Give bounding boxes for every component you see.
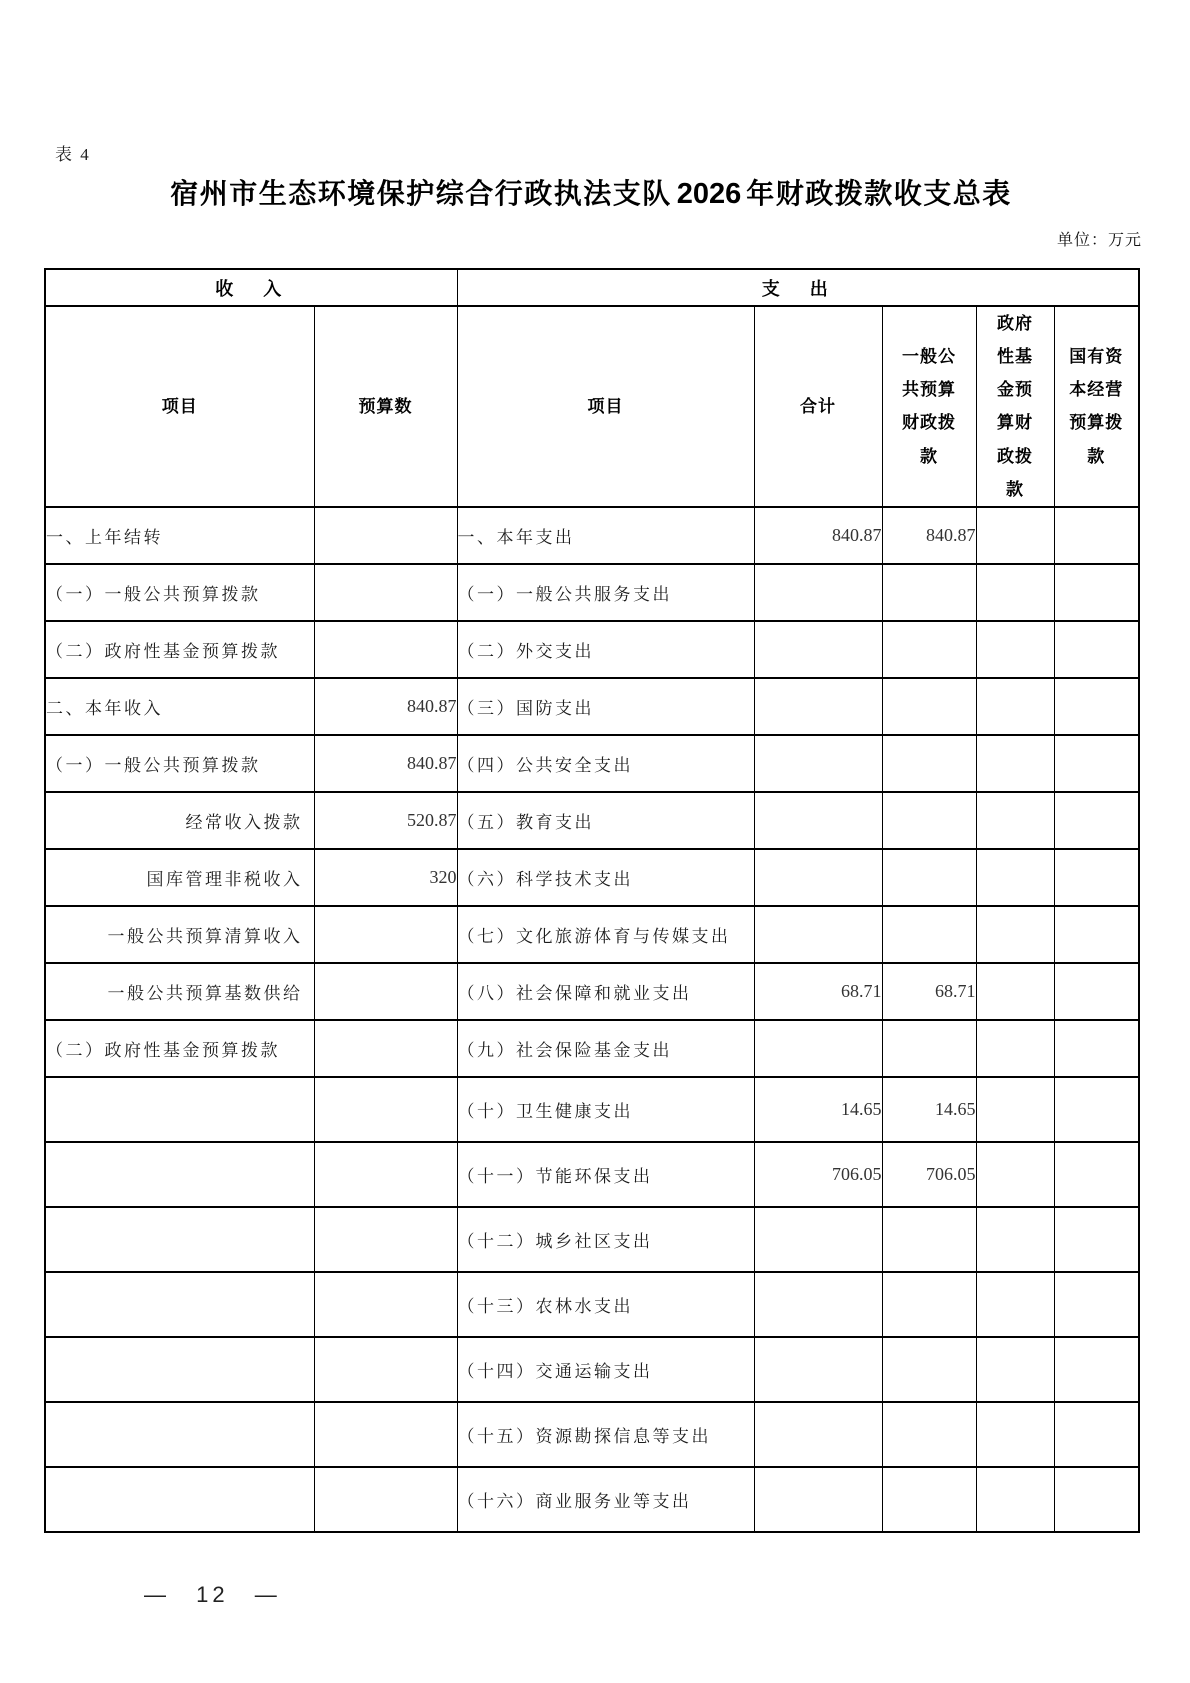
table-row: （十六）商业服务业等支出: [45, 1467, 1139, 1532]
expense-capital-cell: [1054, 1272, 1139, 1337]
expense-total-cell: 706.05: [754, 1142, 882, 1207]
expense-capital-cell: [1054, 621, 1139, 678]
income-item-cell: [45, 1077, 314, 1142]
expense-item-header: 项目: [457, 306, 754, 507]
expense-fund-cell: [976, 849, 1054, 906]
expense-item-cell: （十三）农林水支出: [457, 1272, 754, 1337]
expense-total-cell: [754, 621, 882, 678]
income-budget-cell: 320: [314, 849, 457, 906]
expense-fund-cell: [976, 621, 1054, 678]
expense-capital-cell: [1054, 678, 1139, 735]
income-section-header: 收 入: [45, 269, 457, 306]
expense-total-cell: [754, 1272, 882, 1337]
table-row: 国库管理非税收入 320 （六）科学技术支出: [45, 849, 1139, 906]
budget-table: 收 入 支 出 项目 预算数 项目 合计 一般公共预算财政拨款 政府性基金预算财…: [44, 268, 1140, 1533]
income-budget-cell: [314, 1467, 457, 1532]
table-row: 二、本年收入 840.87 （三）国防支出: [45, 678, 1139, 735]
income-budget-cell: [314, 963, 457, 1020]
expense-item-cell: （十二）城乡社区支出: [457, 1207, 754, 1272]
expense-capital-cell: [1054, 1020, 1139, 1077]
expense-capital-cell: [1054, 1207, 1139, 1272]
expense-total-cell: 14.65: [754, 1077, 882, 1142]
title-prefix: 宿州市生态环境保护综合行政执法支队: [170, 179, 672, 210]
income-budget-cell: [314, 1020, 457, 1077]
expense-general-cell: [882, 564, 976, 621]
table-row: 一、上年结转 一、本年支出 840.87 840.87: [45, 507, 1139, 564]
expense-general-cell: 840.87: [882, 507, 976, 564]
income-budget-cell: [314, 507, 457, 564]
expense-general-cell: [882, 906, 976, 963]
expense-item-cell: （二）外交支出: [457, 621, 754, 678]
income-item-cell: [45, 1207, 314, 1272]
page-number: — 12 —: [144, 1582, 281, 1608]
expense-capital-cell: [1054, 1402, 1139, 1467]
expense-total-cell: [754, 1020, 882, 1077]
income-budget-cell: 840.87: [314, 735, 457, 792]
expense-capital-cell: [1054, 1077, 1139, 1142]
table-row: （一）一般公共预算拨款 840.87 （四）公共安全支出: [45, 735, 1139, 792]
income-item-cell: （一）一般公共预算拨款: [45, 735, 314, 792]
table-row: （十二）城乡社区支出: [45, 1207, 1139, 1272]
expense-capital-cell: [1054, 735, 1139, 792]
expense-fund-cell: [976, 906, 1054, 963]
expense-general-cell: [882, 849, 976, 906]
expense-fund-cell: [976, 1402, 1054, 1467]
table-row: （一）一般公共预算拨款 （一）一般公共服务支出: [45, 564, 1139, 621]
expense-fund-cell: [976, 507, 1054, 564]
expense-capital-cell: [1054, 507, 1139, 564]
income-budget-cell: [314, 1337, 457, 1402]
income-item-cell: 一、上年结转: [45, 507, 314, 564]
expense-total-cell: 68.71: [754, 963, 882, 1020]
expense-general-cell: [882, 1337, 976, 1402]
unit-note: 单位：万元: [44, 227, 1142, 250]
table-row: 一般公共预算基数供给 （八）社会保障和就业支出 68.71 68.71: [45, 963, 1139, 1020]
income-item-cell: 国库管理非税收入: [45, 849, 314, 906]
expense-general-cell: [882, 1402, 976, 1467]
income-budget-cell: [314, 1142, 457, 1207]
expense-capital-cell: [1054, 1467, 1139, 1532]
expense-general-cell: 706.05: [882, 1142, 976, 1207]
expense-general-cell: [882, 678, 976, 735]
income-budget-cell: [314, 1402, 457, 1467]
expense-item-cell: （一）一般公共服务支出: [457, 564, 754, 621]
expense-fund-cell: [976, 678, 1054, 735]
expense-capital-cell: [1054, 849, 1139, 906]
income-item-header: 项目: [45, 306, 314, 507]
income-item-cell: [45, 1272, 314, 1337]
expense-total-cell: [754, 1402, 882, 1467]
table-row: （十）卫生健康支出 14.65 14.65: [45, 1077, 1139, 1142]
expense-total-cell: [754, 735, 882, 792]
table-row: （二）政府性基金预算拨款 （九）社会保险基金支出: [45, 1020, 1139, 1077]
expense-total-cell: [754, 564, 882, 621]
expense-section-header: 支 出: [457, 269, 1139, 306]
income-item-cell: （二）政府性基金预算拨款: [45, 1020, 314, 1077]
table-row: 经常收入拨款 520.87 （五）教育支出: [45, 792, 1139, 849]
expense-total-cell: [754, 1337, 882, 1402]
expense-capital-cell: [1054, 1337, 1139, 1402]
expense-item-cell: （九）社会保险基金支出: [457, 1020, 754, 1077]
income-item-cell: 一般公共预算基数供给: [45, 963, 314, 1020]
income-item-cell: （二）政府性基金预算拨款: [45, 621, 314, 678]
expense-capital-cell: [1054, 792, 1139, 849]
table-row: 一般公共预算清算收入 （七）文化旅游体育与传媒支出: [45, 906, 1139, 963]
expense-fund-cell: [976, 1337, 1054, 1402]
expense-fund-cell: [976, 1467, 1054, 1532]
expense-item-cell: （十四）交通运输支出: [457, 1337, 754, 1402]
expense-fund-cell: [976, 1272, 1054, 1337]
table-row: （十三）农林水支出: [45, 1272, 1139, 1337]
expense-item-cell: （十六）商业服务业等支出: [457, 1467, 754, 1532]
expense-capital-cell: [1054, 906, 1139, 963]
income-item-cell: [45, 1142, 314, 1207]
income-item-cell: [45, 1467, 314, 1532]
income-budget-cell: [314, 1272, 457, 1337]
expense-total-cell: [754, 1467, 882, 1532]
expense-fund-cell: [976, 1207, 1054, 1272]
section-header-row: 收 入 支 出: [45, 269, 1139, 306]
expense-capital-cell: [1054, 564, 1139, 621]
table-row: （十四）交通运输支出: [45, 1337, 1139, 1402]
expense-general-cell: [882, 1467, 976, 1532]
income-budget-cell: [314, 621, 457, 678]
expense-total-cell: 840.87: [754, 507, 882, 564]
expense-total-cell: [754, 678, 882, 735]
income-budget-cell: 520.87: [314, 792, 457, 849]
expense-fund-cell: [976, 1077, 1054, 1142]
income-item-cell: 经常收入拨款: [45, 792, 314, 849]
income-budget-cell: [314, 906, 457, 963]
table-row: （二）政府性基金预算拨款 （二）外交支出: [45, 621, 1139, 678]
table-number-label: 表 4: [55, 140, 91, 165]
expense-item-cell: （十五）资源勘探信息等支出: [457, 1402, 754, 1467]
page-title: 宿州市生态环境保护综合行政执法支队2026年财政拨款收支总表: [44, 172, 1138, 212]
expense-item-cell: （七）文化旅游体育与传媒支出: [457, 906, 754, 963]
general-budget-header: 一般公共预算财政拨款: [882, 306, 976, 507]
expense-item-cell: （三）国防支出: [457, 678, 754, 735]
income-item-cell: （一）一般公共预算拨款: [45, 564, 314, 621]
table-row: （十五）资源勘探信息等支出: [45, 1402, 1139, 1467]
column-header-row: 项目 预算数 项目 合计 一般公共预算财政拨款 政府性基金预算财政拨款 国有资本…: [45, 306, 1139, 507]
expense-general-cell: [882, 621, 976, 678]
income-item-cell: 一般公共预算清算收入: [45, 906, 314, 963]
title-year: 2026: [672, 178, 747, 210]
income-budget-cell: 840.87: [314, 678, 457, 735]
expense-item-cell: 一、本年支出: [457, 507, 754, 564]
expense-total-cell: [754, 906, 882, 963]
state-capital-header: 国有资本经营预算拨款: [1054, 306, 1139, 507]
expense-capital-cell: [1054, 1142, 1139, 1207]
income-item-cell: [45, 1337, 314, 1402]
income-budget-header: 预算数: [314, 306, 457, 507]
expense-general-cell: 14.65: [882, 1077, 976, 1142]
income-item-cell: [45, 1402, 314, 1467]
expense-capital-cell: [1054, 963, 1139, 1020]
income-budget-cell: [314, 1207, 457, 1272]
expense-item-cell: （十）卫生健康支出: [457, 1077, 754, 1142]
expense-item-cell: （八）社会保障和就业支出: [457, 963, 754, 1020]
expense-fund-cell: [976, 564, 1054, 621]
expense-fund-cell: [976, 1020, 1054, 1077]
expense-item-cell: （十一）节能环保支出: [457, 1142, 754, 1207]
expense-item-cell: （四）公共安全支出: [457, 735, 754, 792]
expense-general-cell: [882, 1207, 976, 1272]
income-budget-cell: [314, 564, 457, 621]
expense-item-cell: （六）科学技术支出: [457, 849, 754, 906]
expense-item-cell: （五）教育支出: [457, 792, 754, 849]
expense-general-cell: [882, 792, 976, 849]
table-row: （十一）节能环保支出 706.05 706.05: [45, 1142, 1139, 1207]
expense-fund-cell: [976, 735, 1054, 792]
expense-general-cell: 68.71: [882, 963, 976, 1020]
income-budget-cell: [314, 1077, 457, 1142]
expense-fund-cell: [976, 963, 1054, 1020]
expense-total-cell: [754, 849, 882, 906]
total-header: 合计: [754, 306, 882, 507]
expense-general-cell: [882, 735, 976, 792]
expense-fund-cell: [976, 792, 1054, 849]
title-suffix: 年财政拨款收支总表: [746, 179, 1012, 210]
expense-total-cell: [754, 792, 882, 849]
gov-fund-header: 政府性基金预算财政拨款: [976, 306, 1054, 507]
expense-total-cell: [754, 1207, 882, 1272]
income-item-cell: 二、本年收入: [45, 678, 314, 735]
expense-general-cell: [882, 1020, 976, 1077]
expense-fund-cell: [976, 1142, 1054, 1207]
expense-general-cell: [882, 1272, 976, 1337]
